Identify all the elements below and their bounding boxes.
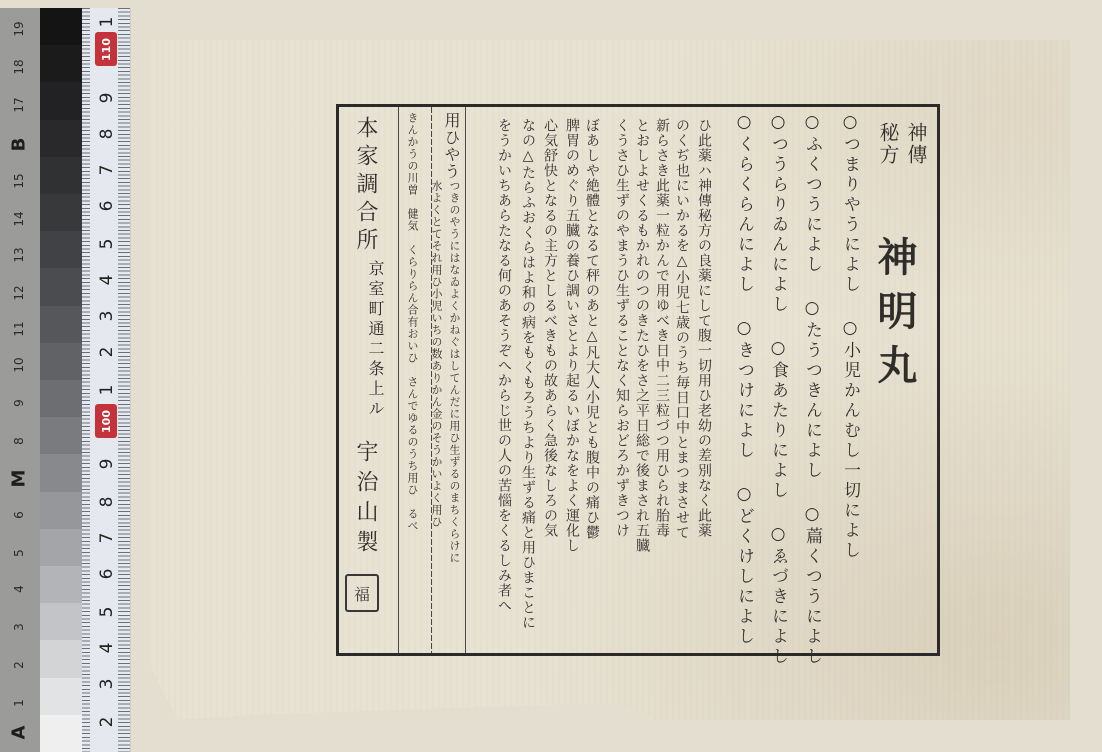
scale-label: 12: [12, 278, 26, 308]
scale-letter-a: A: [9, 716, 30, 750]
frame-divider: [398, 107, 399, 653]
body-text-column: くうさひ生ずのやまうひ生ずることなく知らおどろかずきつけ: [612, 118, 632, 538]
body-text-column: 脾胃のめぐり五臓の養ひ調いさとより起るいぼかなをよく運化し: [562, 118, 582, 553]
scale-label: 15: [12, 166, 26, 196]
ruler-digit: 3: [97, 305, 117, 327]
gray-patch: [40, 8, 82, 45]
ruler-digit: 5: [97, 601, 117, 623]
maker-name: 宇治山製: [350, 440, 381, 560]
ruler-badge-110: 110: [95, 32, 117, 66]
body-text-column: 心気舒快となるの主方としるべきもの故あらく急後なしろの気: [540, 118, 560, 538]
ruler-digit: 6: [97, 563, 117, 585]
gray-patch: [40, 268, 82, 305]
ruler-digit: 9: [97, 87, 117, 109]
gray-patch: [40, 678, 82, 715]
body-text-column: をうかいちあらたなる何のあそうぞへからじ世の人の苦惱をくるしみ者へ: [494, 118, 514, 613]
scale-label: 5: [12, 538, 26, 568]
scale-label: 9: [12, 388, 26, 418]
ruler-digit: 7: [97, 527, 117, 549]
grayscale-patches: [40, 8, 82, 752]
scale-label: 4: [12, 574, 26, 604]
scale-label: 3: [12, 612, 26, 642]
scale-label: 8: [12, 426, 26, 456]
ruler-digit: 1: [97, 11, 117, 33]
frame-divider: [465, 107, 466, 653]
gray-patch: [40, 566, 82, 603]
gray-patch: [40, 715, 82, 752]
gray-patch: [40, 306, 82, 343]
gray-patch: [40, 380, 82, 417]
title-small-left: 秘方: [874, 122, 903, 166]
seal-stamp: 福: [345, 574, 379, 612]
body-text-column: 新らさき此薬一粒かんで用ゆべき日中二三粒づつ用ひられ胎毒: [652, 118, 672, 538]
scale-letter-m: M: [9, 462, 30, 496]
efficacy-column: ○くらくらんによし ○きつけによし ○どくけしによし: [732, 112, 757, 647]
shop-name: 本家調合所: [350, 116, 381, 256]
usage-column: きんかうの川曽 健気 くらりらん合有おいひ さんでゆるのうち用ひ るべ: [404, 112, 420, 532]
shop-address: 京室町通二条上ル: [364, 260, 387, 420]
usage-column: つきのやうにはなゐよくかねぐはしてんだに用ひ生ずるのまちくらけに: [446, 180, 462, 564]
ruler-digit: 3: [97, 673, 117, 695]
ruler-digit: 4: [97, 269, 117, 291]
body-text-column: のくぢ也にいかるを△小児七歳のうち毎日口中とまつまさせて: [672, 118, 692, 540]
ruler-digit: 2: [97, 341, 117, 363]
ruler-digit: 2: [97, 711, 117, 733]
scale-label: 6: [12, 500, 26, 530]
scale-label: 13: [12, 240, 26, 270]
ruler-digit: 8: [97, 491, 117, 513]
document-title: 神明丸: [866, 236, 923, 398]
ruler-digit: 7: [97, 159, 117, 181]
gray-patch: [40, 231, 82, 268]
ruler-digit: 6: [97, 195, 117, 217]
ruler-digit: 1: [97, 379, 117, 401]
scale-label: 1: [12, 688, 26, 718]
gray-patch: [40, 640, 82, 677]
gray-patch: [40, 343, 82, 380]
usage-heading: 用ひやう: [440, 112, 463, 180]
gray-patch: [40, 454, 82, 491]
gray-patch: [40, 492, 82, 529]
ruler-badge-100: 100: [95, 404, 117, 438]
body-text-column: とおしよせくるもかれのつのきたひをさ之平日総で後まされ五臓: [632, 118, 652, 553]
scale-label: 19: [12, 14, 26, 44]
scale-label: 10: [12, 350, 26, 380]
ruler-digit: 9: [97, 453, 117, 475]
usage-column: 水よくとてそれ用ひ小児いちの数ありかん金のそうかいよく用ひ: [428, 180, 444, 528]
ruler-digit: 5: [97, 233, 117, 255]
scale-label: 2: [12, 650, 26, 680]
millimeter-ruler: 1 110 9 8 7 6 5 4 3 2 1 100 9 8 7 6 5 4 …: [82, 8, 131, 752]
ruler-digit: 4: [97, 637, 117, 659]
scale-label: 14: [12, 204, 26, 234]
scale-label: 17: [12, 90, 26, 120]
gray-patch: [40, 194, 82, 231]
gray-patch: [40, 120, 82, 157]
gray-patch: [40, 417, 82, 454]
gray-patch: [40, 45, 82, 82]
gray-patch: [40, 603, 82, 640]
scale-label: 11: [12, 314, 26, 344]
gray-patch: [40, 82, 82, 119]
body-text-column: なの△たらふおくらはよ和の病をもくもろうちより生ずる痛と用ひまことに: [518, 118, 538, 630]
title-small-right: 神傳: [902, 122, 931, 166]
body-text-column: ひ此薬ハ神傳秘方の良薬にして腹一切用ひ老幼の差別なく此薬: [694, 118, 714, 538]
scale-label-strip: 19 18 17 B 15 14 13 12 11 10 9 8 M 6 5 4…: [0, 8, 40, 752]
efficacy-column: ○つうらりゐんによし ○食あたりによし ○ゑづきによし: [766, 112, 791, 667]
efficacy-column: ○ふくつうによし ○たうつきんによし ○萹くつうによし: [800, 112, 825, 667]
ruler-ticks: [82, 8, 90, 752]
scale-letter-b: B: [9, 128, 30, 162]
scale-label: 18: [12, 52, 26, 82]
body-text-column: ぼあしや絶體となるて秤のあと△凡大人小児とも腹中の痛ひ鬱: [582, 118, 602, 540]
efficacy-column: ○つまりやうによし ○小児かんむし一切によし: [838, 112, 863, 561]
gray-patch: [40, 157, 82, 194]
ruler-digit: 8: [97, 123, 117, 145]
gray-patch: [40, 529, 82, 566]
